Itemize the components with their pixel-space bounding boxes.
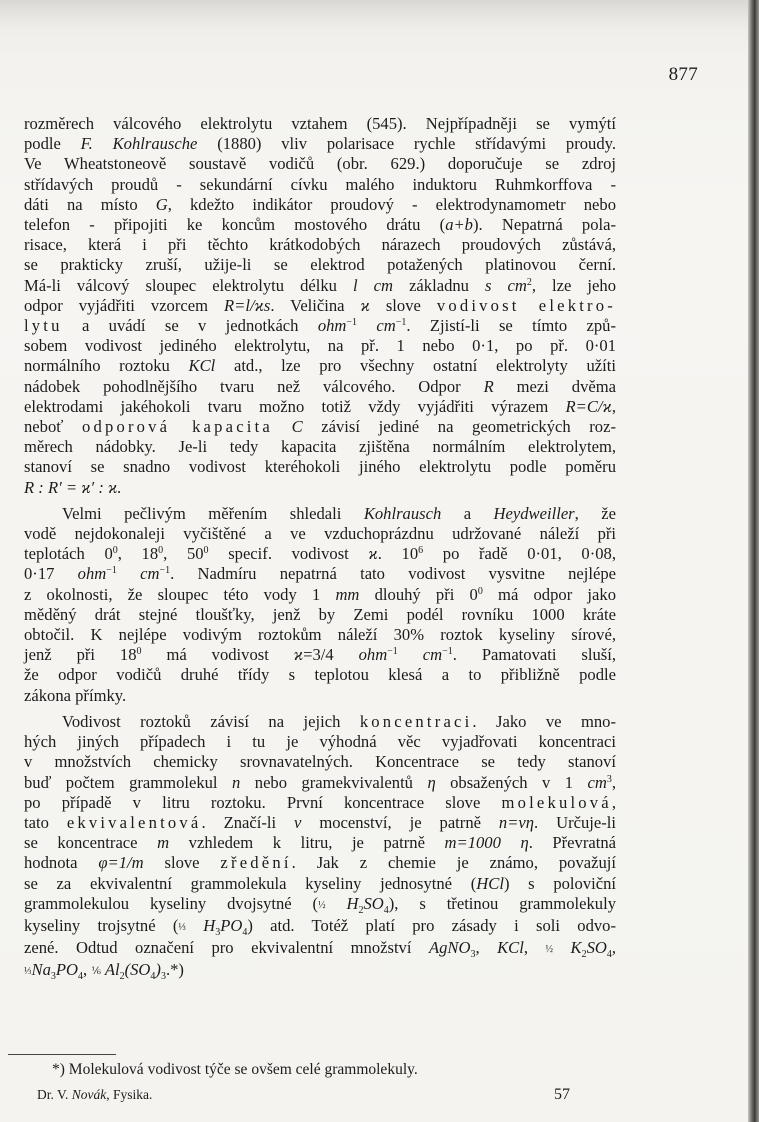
text: má vodivost: [142, 645, 294, 664]
text: mezi dvěma: [494, 377, 616, 396]
chemical-formula: PO: [220, 916, 242, 935]
text: má odpor jako: [483, 585, 616, 604]
text: =3/4: [303, 645, 359, 664]
chemical-formula: HCl: [476, 874, 504, 893]
text-line: tato ekvivalentová. Značí-li ν mocenství…: [24, 813, 616, 833]
text: dlouhý při 0: [359, 585, 477, 604]
text: v množstvích chemicky srovnavatelných. K…: [24, 752, 616, 771]
text: (1880) vliv polarisace rychle střídavými…: [197, 134, 616, 153]
math-symbol: ϰ: [294, 645, 303, 664]
text: se prakticky zruší, užije-li se elektrod…: [24, 255, 616, 274]
math-expression: s cm: [485, 276, 527, 295]
text-line: nádobek pohodlnějšího tvaru než válcovéh…: [24, 377, 616, 397]
text-line: po případě v litru roztoku. První koncen…: [24, 793, 616, 813]
text: , lze jeho: [532, 276, 616, 295]
text-line: stanoví se snadno vodivost kteréhokoli j…: [24, 457, 616, 477]
text: grammolekulou kyseliny dvojsytné (: [24, 894, 318, 913]
text: a uvádí se v jednotkách: [63, 316, 318, 335]
text-line: Velmi pečlivým měřením shledali Kohlraus…: [24, 504, 616, 524]
text-line: Ve Wheatstoneově soustavě vodičů (obr. 6…: [24, 154, 616, 174]
unit: ohm: [318, 316, 347, 335]
unit: cm: [398, 645, 442, 664]
spaced-term: koncentraci: [360, 712, 473, 731]
text: ), s třetinou grammolekuly: [389, 894, 616, 913]
author-name: Heydweiller: [494, 504, 575, 523]
text: se za ekvivalentní grammolekula kyseliny…: [24, 874, 476, 893]
superscript: −1: [442, 646, 453, 657]
formula: R : R′ = ϰ′ : ϰ.: [24, 478, 121, 497]
text: , kdežto indikátor proudový - elektrodyn…: [168, 195, 616, 214]
fraction: ⅓: [24, 962, 32, 982]
text: Má-li válcový sloupec elektrolytu délku: [24, 276, 353, 295]
author-name: F. Kohlrausche: [81, 134, 198, 153]
text: hých jiných případech i tu je výhodná vě…: [24, 732, 616, 751]
text: . Veličina: [270, 296, 360, 315]
text: buď počtem grammolekul: [24, 773, 232, 792]
text: vodě nejdokonaleji vyčištěné a ve vzduch…: [24, 524, 616, 543]
author-name: Kohlrausch: [364, 504, 441, 523]
text: Velmi pečlivým měřením shledali: [62, 504, 364, 523]
formula: n=νη: [499, 813, 534, 832]
text-line: 0·17 ohm−1 cm−1. Nadmíru nepatrná tato v…: [24, 564, 616, 584]
text-line: odpor vyjádřiti vzorcem R=l/ϰs. Veličina…: [24, 296, 616, 316]
text: měrech nádobky. Je-li tedy kapacita zjiš…: [24, 437, 616, 456]
text: . 10: [378, 544, 418, 563]
text: ,: [83, 960, 91, 979]
text-line: že odpor vodičů druhé třídy s teplotou k…: [24, 665, 616, 685]
spaced-term: molekulová: [502, 793, 612, 812]
unit: mm: [335, 585, 359, 604]
text-line: se za ekvivalentní grammolekula kyseliny…: [24, 874, 616, 894]
text: risace, která i při těchto krátkodobých …: [24, 235, 616, 254]
unit: cm: [117, 564, 160, 583]
text: ,: [524, 938, 546, 957]
chemical-formula: (SO: [125, 960, 151, 979]
math-expression: a+b: [445, 215, 473, 234]
text-line: ⅓Na3PO4, ⅙ Al2(SO4)3.*): [24, 960, 616, 982]
text-line: hodnota φ=1/m slove zředění. Jak z chemi…: [24, 853, 616, 873]
text: měděný drát stejné tloušťky, jenž by Zem…: [24, 605, 616, 624]
text: Ve Wheatstoneově soustavě vodičů (obr. 6…: [24, 154, 616, 173]
text: závisí jediné na geometrických roz-: [303, 417, 616, 436]
text: Vodivost roztoků závisí na jejich: [62, 712, 360, 731]
text: základnu: [393, 276, 485, 295]
text: specif. vodivost: [209, 544, 369, 563]
math-symbol: ϰ: [368, 544, 377, 563]
text: teplotách 0: [24, 544, 113, 563]
superscript: −1: [396, 317, 407, 328]
text: . Zjistí-li se tímto způ-: [406, 316, 616, 335]
text: kyseliny trojsytné (: [24, 916, 178, 935]
spaced-term: lytu: [24, 316, 63, 335]
fraction: ⅙: [91, 962, 101, 982]
text: zené. Odtud označení pro ekvivalentní mn…: [24, 938, 429, 957]
text-line: buď počtem grammolekul n nebo gramekviva…: [24, 773, 616, 793]
text-line: měděný drát stejné tloušťky, jenž by Zem…: [24, 605, 616, 625]
text: normálního roztoku: [24, 356, 189, 375]
text: . Nadmíru nepatrná tato vodivost vysvitn…: [170, 564, 616, 583]
formula: m=1000 η: [445, 833, 529, 852]
text: , že: [575, 504, 616, 523]
math-symbol: G: [156, 195, 168, 214]
text: 0·17: [24, 564, 78, 583]
author-prefix: Dr. V.: [37, 1087, 72, 1102]
book-page: 877 rozměrech válcového elektrolytu vzta…: [0, 0, 748, 1122]
chemical-formula: H: [326, 894, 359, 913]
superscript: −1: [159, 565, 170, 576]
text: ,: [612, 793, 616, 812]
text: . Určuje-li: [534, 813, 616, 832]
text-line: se prakticky zruší, užije-li se elektrod…: [24, 255, 616, 275]
text: tato: [24, 813, 67, 832]
text: ). Nepatrná pola-: [473, 215, 616, 234]
footnote: *) Molekulová vodivost týče se ovšem cel…: [52, 1061, 418, 1079]
chemical-formula: KCl: [497, 938, 524, 957]
text-line: vodě nejdokonaleji vyčištěné a ve vzduch…: [24, 524, 616, 544]
text: . Jak z chemie je známo, považují: [292, 853, 616, 872]
text: neboť: [24, 417, 82, 436]
text-line: sobem vodivost jediného elektrolytu, na …: [24, 336, 616, 356]
text-line: Vodivost roztoků závisí na jejich koncen…: [24, 712, 616, 732]
footer-author: Dr. V. Novák, Fysika.: [37, 1087, 152, 1103]
text: střídavých proudů - sekundární cívku mal…: [24, 175, 616, 194]
chemical-formula: Al: [101, 960, 120, 979]
text-line: se koncentrace m vzhledem k litru, je pa…: [24, 833, 616, 853]
chemical-formula: Na: [32, 960, 51, 979]
math-expression: l cm: [353, 276, 393, 295]
unit: ohm: [78, 564, 107, 583]
text: nebo gramekvivalentů: [240, 773, 427, 792]
unit: ohm: [359, 645, 388, 664]
text-line: zákona přímky.: [24, 686, 616, 706]
text: a: [441, 504, 493, 523]
text: atd., lze pro všechny ostatní elektrolyt…: [215, 356, 616, 375]
text: slove: [370, 296, 437, 315]
spaced-term: odporová kapacita: [82, 417, 273, 436]
text: obtočil. K nejlépe vodivým roztokům nále…: [24, 625, 616, 644]
text-line: kyseliny trojsytné (⅓ H3PO4) atd. Totéž …: [24, 916, 616, 938]
text-line: R : R′ = ϰ′ : ϰ.: [24, 478, 616, 498]
chemical-formula: KCl: [189, 356, 216, 375]
text-line: rozměrech válcového elektrolytu vztahem …: [24, 114, 616, 134]
text: elektrodami jakéhokoli tvaru možno totiž…: [24, 397, 566, 416]
text: že odpor vodičů druhé třídy s teplotou k…: [24, 665, 616, 684]
text-line: lytu a uvádí se v jednotkách ohm−1 cm−1.…: [24, 316, 616, 336]
chemical-formula: H: [186, 916, 215, 935]
text-line: elektrodami jakéhokoli tvaru možno totiž…: [24, 397, 616, 417]
math-symbol: m: [157, 833, 169, 852]
text: se koncentrace: [24, 833, 157, 852]
text: ) s poloviční: [504, 874, 616, 893]
text: nádobek pohodlnějšího tvaru než válcovéh…: [24, 377, 484, 396]
book-title: , Fysika.: [106, 1087, 152, 1102]
text: . Pamatovati sluší,: [453, 645, 616, 664]
top-shadow: [0, 0, 748, 30]
text: z okolnosti, že sloupec této vody 1: [24, 585, 335, 604]
math-symbol: ϰ: [361, 296, 370, 315]
text-line: podle F. Kohlrausche (1880) vliv polaris…: [24, 134, 616, 154]
math-symbol: η: [427, 773, 435, 792]
text-line: telefon - připojiti ke koncům mostového …: [24, 215, 616, 235]
chemical-formula: SO: [363, 894, 383, 913]
text: [273, 417, 292, 436]
superscript: −1: [387, 646, 398, 657]
text: ,: [475, 938, 497, 957]
text-line: měrech nádobky. Je-li tedy kapacita zjiš…: [24, 437, 616, 457]
text: . Značí-li: [202, 813, 295, 832]
spaced-term: zředění: [220, 853, 291, 872]
text: , 50: [163, 544, 203, 563]
text: ,: [612, 397, 616, 416]
footnote-marker: .*): [166, 960, 184, 979]
text-line: neboť odporová kapacita C závisí jediné …: [24, 417, 616, 437]
superscript: −1: [106, 565, 117, 576]
text-line: normálního roztoku KCl atd., lze pro vše…: [24, 356, 616, 376]
text: hodnota: [24, 853, 98, 872]
text: mocenství, je patrně: [301, 813, 499, 832]
text-line: risace, která i při těchto krátkodobých …: [24, 235, 616, 255]
spaced-term: vodivost elektro-: [437, 296, 616, 315]
text: . Jako ve mno-: [472, 712, 616, 731]
formula: R=l/ϰs: [224, 296, 270, 315]
text: zákona přímky.: [24, 686, 126, 705]
spaced-term: ekvivalentová: [67, 813, 202, 832]
text: sobem vodivost jediného elektrolytu, na …: [24, 336, 616, 355]
math-symbol: C: [292, 417, 303, 436]
page-edge-shadow: [748, 0, 759, 1122]
text: po řadě 0·01, 0·08,: [423, 544, 616, 563]
author-name: Novák: [72, 1087, 107, 1102]
formula: R=C/ϰ: [566, 397, 612, 416]
text: odpor vyjádřiti vzorcem: [24, 296, 224, 315]
formula: φ=1/m: [98, 853, 143, 872]
fraction: ½: [318, 896, 326, 916]
unit: cm: [357, 316, 396, 335]
text: telefon - připojiti ke koncům mostového …: [24, 215, 445, 234]
body-text: rozměrech válcového elektrolytu vztahem …: [24, 114, 616, 983]
text: rozměrech válcového elektrolytu vztahem …: [24, 114, 616, 133]
fraction: ½: [546, 940, 554, 960]
chemical-formula: K: [553, 938, 582, 957]
text-line: hých jiných případech i tu je výhodná vě…: [24, 732, 616, 752]
text-line: dáti na místo G, kdežto indikátor proudo…: [24, 195, 616, 215]
text: ,: [612, 773, 616, 792]
math-symbol: R: [484, 377, 494, 396]
text-line: teplotách 00, 180, 500 specif. vodivost …: [24, 544, 616, 564]
chemical-formula: SO: [587, 938, 607, 957]
chemical-formula: AgNO: [429, 938, 470, 957]
text: , 18: [118, 544, 158, 563]
text-line: Má-li válcový sloupec elektrolytu délku …: [24, 276, 616, 296]
text-line: v množstvích chemicky srovnavatelných. K…: [24, 752, 616, 772]
text-line: střídavých proudů - sekundární cívku mal…: [24, 175, 616, 195]
text: po případě v litru roztoku. První koncen…: [24, 793, 502, 812]
text-line: zené. Odtud označení pro ekvivalentní mn…: [24, 938, 616, 960]
text: obsažených v 1: [436, 773, 588, 792]
footnote-rule: [8, 1054, 116, 1055]
text-line: grammolekulou kyseliny dvojsytné (½ H2SO…: [24, 894, 616, 916]
fraction: ⅓: [178, 918, 186, 938]
text: . Převratná: [529, 833, 616, 852]
text: podle: [24, 134, 81, 153]
text: dáti na místo: [24, 195, 156, 214]
text: ,: [612, 938, 616, 957]
text: ) atd. Totéž platí pro zásady i soli odv…: [247, 916, 616, 935]
page-number: 877: [590, 64, 698, 86]
chemical-formula: PO: [56, 960, 78, 979]
text-line: z okolnosti, že sloupec této vody 1 mm d…: [24, 585, 616, 605]
signature-number: 57: [554, 1086, 570, 1104]
unit: cm: [587, 773, 606, 792]
text-line: obtočil. K nejlépe vodivým roztokům nále…: [24, 625, 616, 645]
text: stanoví se snadno vodivost kteréhokoli j…: [24, 457, 616, 476]
text: jenž při 18: [24, 645, 137, 664]
text-line: jenž při 180 má vodivost ϰ=3/4 ohm−1 cm−…: [24, 645, 616, 665]
text: vzhledem k litru, je patrně: [169, 833, 444, 852]
superscript: −1: [346, 317, 357, 328]
text: slove: [144, 853, 221, 872]
